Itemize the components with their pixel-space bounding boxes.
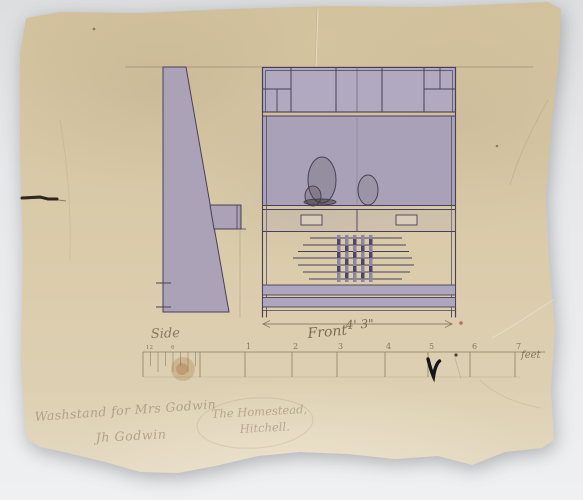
scale-foot-1: 1	[246, 342, 251, 351]
right-drawer-handle	[396, 215, 417, 225]
inscription-right-line1: The Homestead,	[211, 402, 307, 421]
side-elevation-drawing	[156, 67, 246, 318]
scale-foot-2: 2	[293, 342, 298, 351]
front-elevation-drawing	[263, 67, 456, 318]
stretcher-band-lower	[263, 298, 456, 308]
scale-labels: 12 6 1 2 3 4 5 6 7 feet	[146, 342, 542, 361]
washstand-drawing-svg: Side Front 4' 3"	[0, 0, 583, 500]
side-shelf-shape	[210, 205, 241, 229]
side-view-label: Side	[151, 326, 181, 342]
stretcher-band-upper	[263, 285, 456, 295]
edge-ink-mark	[22, 197, 66, 201]
scale-bar	[143, 352, 545, 379]
pencil-smudge	[304, 199, 336, 205]
scale-foot-6: 6	[472, 342, 477, 351]
scale-foot-4: 4	[386, 342, 391, 351]
inscription-left-line2: Jh Godwin	[92, 426, 166, 445]
front-view-label: Front	[306, 323, 348, 342]
scale-foot-3: 3	[338, 342, 343, 351]
front-dimension-text: 4' 3"	[344, 317, 374, 332]
lattice-grille	[337, 235, 373, 282]
ink-check-mark	[428, 353, 458, 376]
inscription-left-line1: Washstand for Mrs Godwin	[34, 396, 216, 424]
scale-inch-12: 12	[146, 345, 153, 351]
scale-unit-label: feet	[520, 350, 542, 361]
inscription-left: Washstand for Mrs Godwin Jh Godwin	[34, 396, 216, 445]
red-dot-mark	[459, 321, 463, 325]
scale-inch-6: 6	[171, 345, 175, 351]
paper-stain	[171, 357, 195, 381]
photograph-of-drawing: Side Front 4' 3"	[0, 0, 583, 500]
scale-foot-5: 5	[429, 342, 434, 351]
left-drawer-handle	[301, 215, 322, 225]
inscription-right-line2: Hitchell.	[238, 419, 290, 436]
side-profile-shape	[163, 67, 229, 312]
